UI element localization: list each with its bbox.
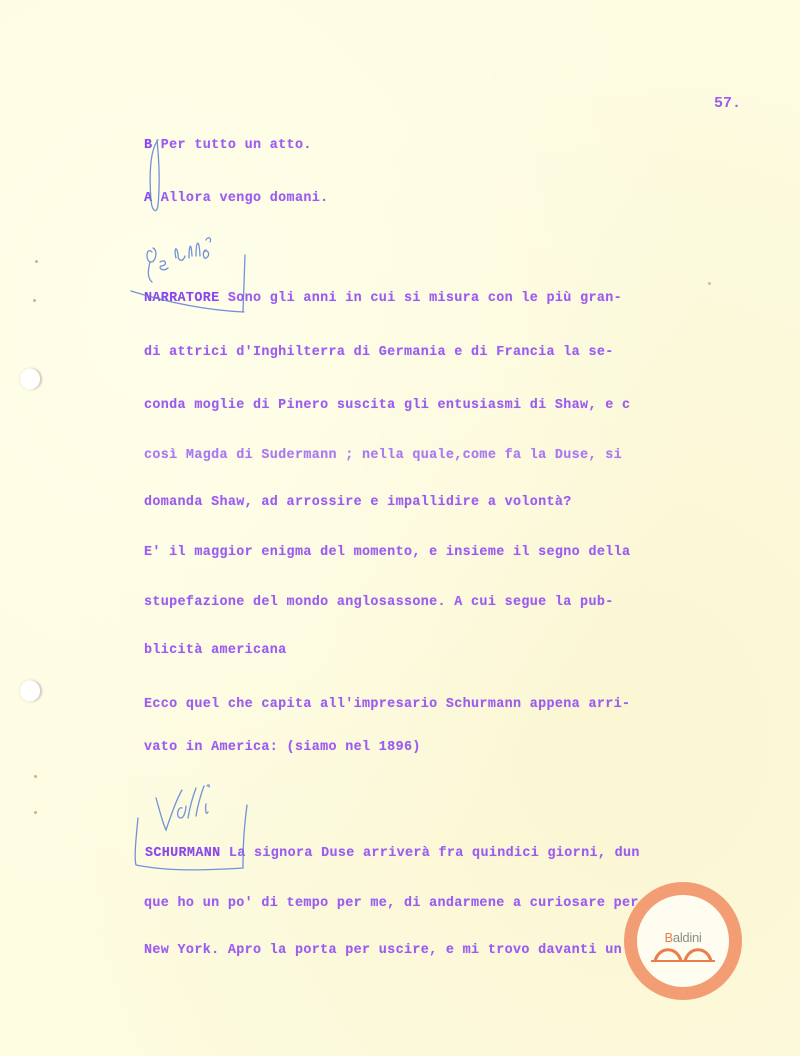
paper-speck [35,260,38,263]
paper-speck [34,775,37,778]
text-line: così Magda di Sudermann ; nella quale,co… [144,448,622,464]
page-number: 57. [714,95,741,112]
stamp-label-rest: aldini [673,930,702,945]
line-text: La signora Duse arriverà fra quindici gi… [220,846,639,861]
punch-hole [20,680,42,702]
text-line: conda moglie di Pinero suscita gli entus… [144,398,630,414]
text-line: domanda Shaw, ad arrossire e impallidire… [144,495,572,511]
schurmann-line: SCHURMANN La signora Duse arriverà fra q… [145,846,640,862]
punch-hole [20,368,42,390]
paper-speck [708,282,711,285]
line-text: Sono gli anni in cui si misura con le pi… [219,291,622,306]
speaker-label: NARRATORE [144,291,219,306]
text-line: que ho un po' di tempo per me, di andarm… [144,896,639,912]
text-line: E' il maggior enigma del momento, e insi… [144,545,630,561]
stamp-label: Baldini [665,930,702,945]
text-line: vato in America: (siamo nel 1896) [144,740,421,756]
line-text: Allora vengo domani. [152,191,328,206]
paper-speck [33,299,36,302]
bridge-arches-icon [651,944,715,962]
narratore-line: NARRATORE Sono gli anni in cui si misura… [144,291,622,307]
dialogue-line-b: B Per tutto un atto. [144,138,312,154]
text-line: Ecco quel che capita all'impresario Schu… [144,697,630,713]
text-line: blicità americana [144,643,287,659]
signature-valli-icon [156,786,208,830]
line-text: Per tutto un atto. [152,138,311,153]
archive-stamp: Baldini [624,882,742,1000]
dialogue-line-a: A Allora vengo domani. [144,191,329,207]
text-line: stupefazione del mondo anglosassone. A c… [144,595,614,611]
signature-de-lullo-icon [147,243,209,282]
speaker-label: SCHURMANN [145,846,220,861]
document-page: 57. B Per tutto un atto. A Allora vengo … [0,0,800,1056]
stamp-label-initial: B [665,930,673,945]
text-line: New York. Apro la porta per uscire, e mi… [144,943,622,959]
text-line: di attrici d'Inghilterra di Germania e d… [144,345,614,361]
paper-speck [34,811,37,814]
